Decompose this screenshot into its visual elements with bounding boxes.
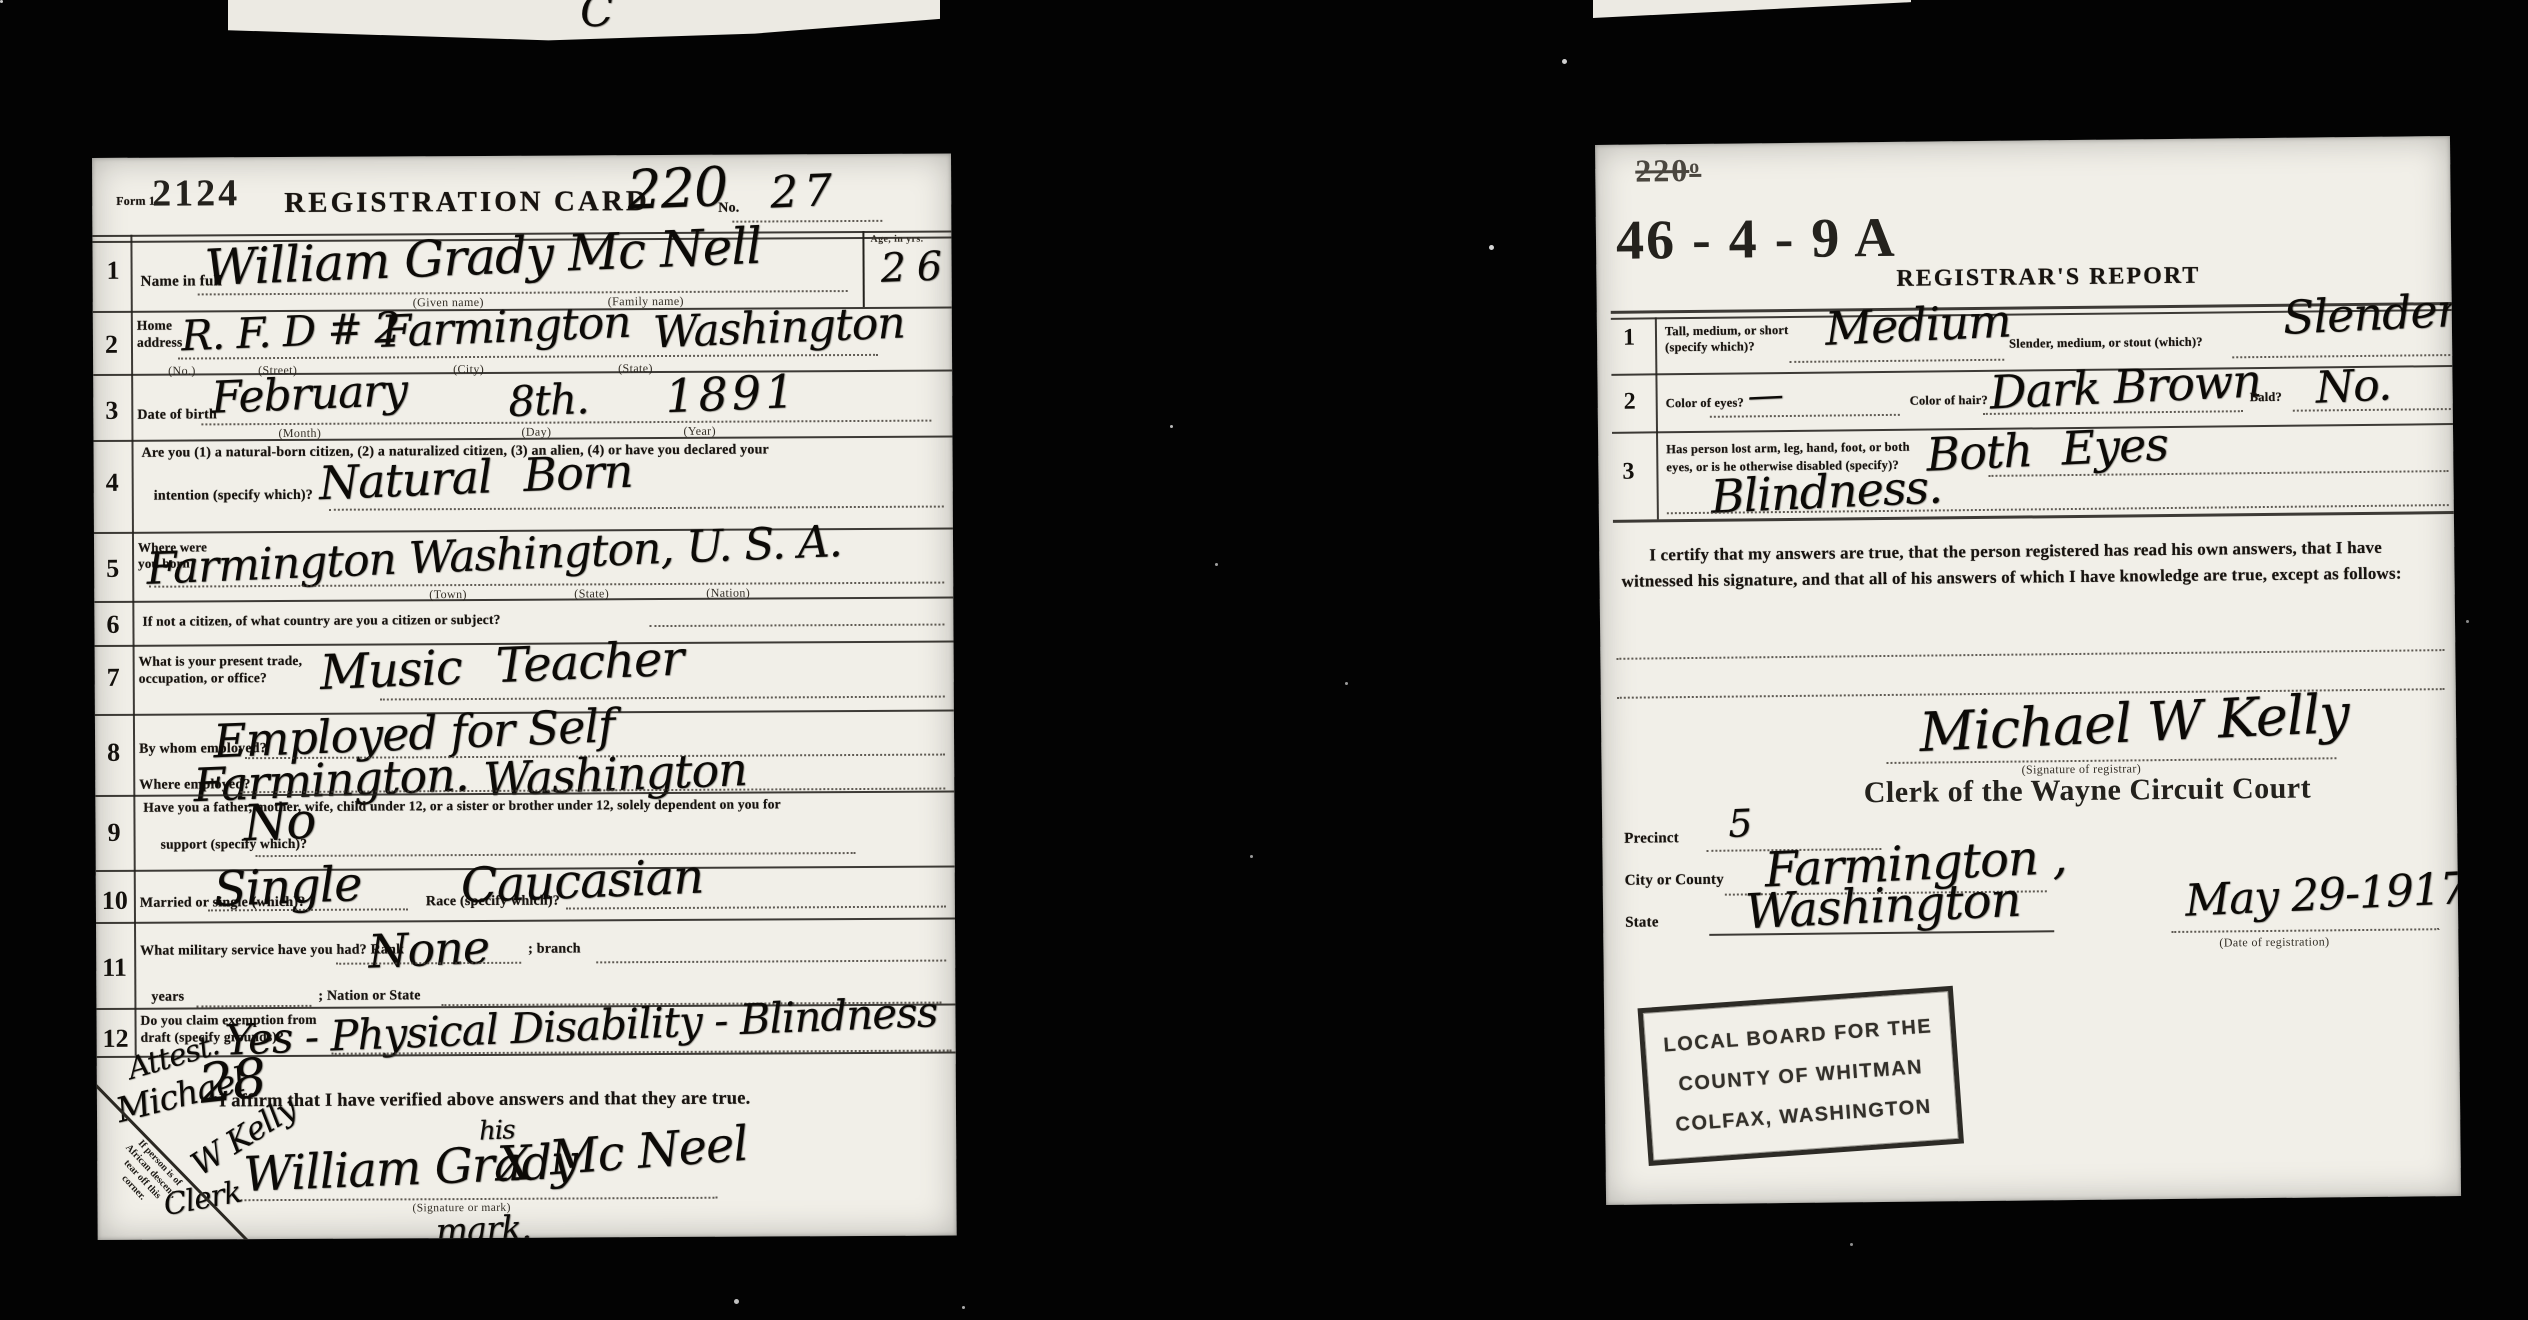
q12-number: 12 xyxy=(103,1024,129,1054)
r1-label-stout: Slender, medium, or stout (which)? xyxy=(2009,335,2203,352)
q2-answer-city: Farmington xyxy=(380,297,631,358)
r2-number: 2 xyxy=(1624,389,1636,416)
q6-dotted-line xyxy=(649,624,944,628)
order-number-handwritten: 220 xyxy=(626,155,729,222)
card-fragment-top-left: C xyxy=(228,0,940,42)
signature-x-mark: X xyxy=(496,1135,531,1192)
q11-label-branch: ; branch xyxy=(528,941,581,957)
q6-label: If not a citizen, of what country are yo… xyxy=(142,612,500,630)
signature-name-right: Mc Neel xyxy=(547,1116,749,1187)
q11-label-nation: ; Nation or State xyxy=(318,988,420,1005)
r1-number: 1 xyxy=(1623,325,1635,352)
precinct-label: Precinct xyxy=(1624,830,1679,848)
r1-label-build: Tall, medium, or short (specify which)? xyxy=(1665,323,1823,356)
registration-date-caption: (Date of registration) xyxy=(2219,934,2329,950)
q3-number: 3 xyxy=(105,396,118,426)
no-label: No. xyxy=(718,201,739,217)
form-number-label: Form 1 xyxy=(116,194,155,209)
q5-number: 5 xyxy=(106,554,119,584)
fragment-handwriting-mark: C xyxy=(579,0,613,38)
age-value: 2 6 xyxy=(880,244,942,292)
q4-dotted-line xyxy=(329,506,944,511)
order-number-stamp: 220o xyxy=(1635,152,1701,190)
signature-mark: mark. xyxy=(435,1208,532,1240)
registrar-title-stamp: Clerk of the Wayne Circuit Court xyxy=(1864,772,2312,811)
r1-answer-stout: Slender xyxy=(2282,283,2459,345)
q2-caption-city: (City) xyxy=(453,362,484,377)
order-number-stamp-suffix: o xyxy=(1689,156,1701,178)
q3-label: Date of birth xyxy=(137,407,217,423)
q2-caption-no: (No.) xyxy=(168,363,196,378)
r1-dotted-line-2 xyxy=(2232,354,2450,358)
city-county-label: City or County xyxy=(1625,872,1724,890)
r3-label-line1: Has person lost arm, leg, hand, foot, or… xyxy=(1666,440,1910,458)
registration-card: Form 1 2124 REGISTRATION CARD 220 No. 27… xyxy=(92,154,957,1240)
q10-number: 10 xyxy=(102,886,128,916)
q1-number: 1 xyxy=(107,256,120,286)
q11-dotted-line-2 xyxy=(596,960,946,964)
report-title: REGISTRAR'S REPORT xyxy=(1896,263,2200,293)
q4-number: 4 xyxy=(106,468,119,498)
state-label: State xyxy=(1625,914,1659,931)
serial-number-stamp: 2124 xyxy=(152,171,240,215)
q4-label-line2: intention (specify which)? xyxy=(154,488,313,505)
precinct-value: 5 xyxy=(1727,801,1752,846)
r2-label-hair: Color of hair? xyxy=(1910,393,1988,409)
q9-number: 9 xyxy=(107,818,120,848)
q2-caption-state: (State) xyxy=(618,361,653,376)
q4-answer: Natural Born xyxy=(318,444,634,511)
exception-dotted-line-1 xyxy=(1616,649,2444,660)
q2-answer-number: R. F. D # 2 xyxy=(180,303,401,361)
q6-number: 6 xyxy=(106,610,119,640)
q3-answer-year: 1891 xyxy=(664,364,799,423)
q11-number: 11 xyxy=(102,953,127,983)
q11-answer-rank: None xyxy=(367,920,490,979)
row-sep-10 xyxy=(96,917,955,923)
local-board-stamp: LOCAL BOARD FOR THE COUNTY OF WHITMAN CO… xyxy=(1638,986,1964,1166)
q7-answer: Music Teacher xyxy=(319,631,685,702)
r3-answer-line2: Blindness. xyxy=(1710,459,1943,523)
row-sep-5 xyxy=(94,596,953,602)
q7-number: 7 xyxy=(107,663,120,693)
r2-dotted-line-1 xyxy=(1710,414,1900,418)
order-number-stamp-value: 220 xyxy=(1635,152,1689,189)
q9-label-line1: Have you a father, mother, wife, child u… xyxy=(143,796,781,815)
r3-number: 3 xyxy=(1622,459,1634,486)
r2-answer-bald: No. xyxy=(2314,359,2391,413)
q11-label-years: years xyxy=(151,990,184,1006)
r2-answer-eyes: — xyxy=(1747,374,1784,417)
registration-date-line xyxy=(2171,928,2439,933)
affirmation-text: I affirm that I have verified above answ… xyxy=(219,1089,751,1113)
age-box: Age, in yrs. 2 6 xyxy=(862,230,953,306)
q7-dotted-line xyxy=(380,696,945,701)
q1-answer-name: William Grady Mc Nell xyxy=(204,217,763,297)
scanned-draft-cards: C Form 1 2124 REGISTRATION CARD 220 No. … xyxy=(0,0,2528,1320)
certification-text: I certify that my answers are true, that… xyxy=(1621,534,2440,595)
report-number-column-rule xyxy=(1655,317,1659,519)
r3-answer-line1: Both Eyes xyxy=(1925,417,2169,482)
card-title: REGISTRATION CARD xyxy=(284,185,650,220)
q7-label: What is your present trade, occupation, … xyxy=(139,653,329,688)
r2-label-eyes: Color of eyes? xyxy=(1666,395,1744,411)
q3-answer-month: February xyxy=(210,365,408,424)
q11-label-rank: What military service have you had? Rank xyxy=(140,942,404,959)
scan-noise-specks xyxy=(0,0,3,3)
r1-answer-build: Medium xyxy=(1824,293,2012,355)
r2-label-bald: Bald? xyxy=(2250,390,2282,405)
q9-answer: No xyxy=(242,792,316,853)
registration-date: May 29-1917 xyxy=(2184,863,2461,927)
age-box-label: Age, in yrs. xyxy=(870,234,923,245)
file-code-stamp: 46 - 4 - 9 A xyxy=(1616,206,1897,273)
q2-answer-state: Washington xyxy=(652,297,905,358)
registrant-number-handwritten: 27 xyxy=(769,165,839,219)
card-fragment-top-right xyxy=(1593,0,1911,18)
state-value: Washington xyxy=(1744,872,2022,940)
q10-answer-race: Caucasian xyxy=(460,849,704,915)
r1-dotted-line-1 xyxy=(1789,359,2004,363)
q3-answer-day: 8th. xyxy=(507,374,589,426)
registrars-report-card: 220o 46 - 4 - 9 A REGISTRAR'S REPORT 1 T… xyxy=(1595,136,2461,1205)
q8-number: 8 xyxy=(107,738,120,768)
q2-number: 2 xyxy=(105,330,118,360)
